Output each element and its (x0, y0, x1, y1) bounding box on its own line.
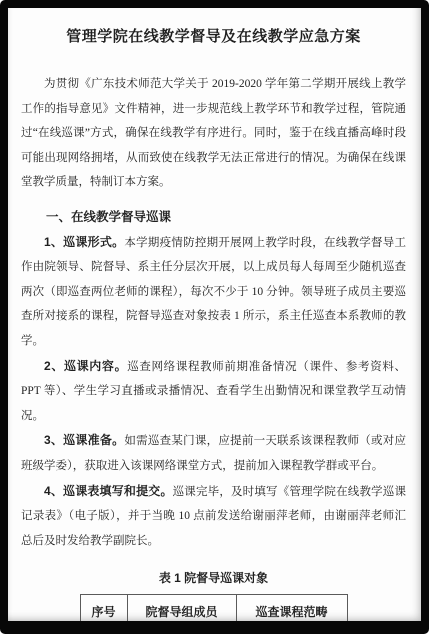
document-page: 管理学院在线教学督导及在线教学应急方案 为贯彻《广东技术师范大学关于 2019-… (8, 8, 421, 621)
item-label: 2、巡课内容。 (44, 359, 127, 373)
table-caption: 表 1 院督导巡课对象 (21, 568, 406, 588)
item-label: 4、巡课表填写和提交。 (44, 484, 173, 498)
item-paragraph-2: 2、巡课内容。巡查网络课程教师前期准备情况（课件、参考资料、PPT 等）、学生学… (21, 354, 406, 429)
supervision-table: 序号 院督导组成员 巡查课程范畴 (80, 594, 348, 621)
item-label: 3、巡课准备。 (44, 433, 124, 447)
document-frame: 管理学院在线教学督导及在线教学应急方案 为贯彻《广东技术师范大学关于 2019-… (0, 0, 429, 634)
intro-paragraph: 为贯彻《广东技术师范大学关于 2019-2020 学年第二学期开展线上教学工作的… (21, 72, 406, 195)
table-header-members: 院督导组成员 (127, 595, 236, 621)
item-paragraph-3: 3、巡课准备。如需巡查某门课，应提前一天联系该课程教师（或对应班级学委），获取进… (21, 428, 406, 478)
item-paragraph-4: 4、巡课表填写和提交。巡课完毕，及时填写《管理学院在线教学巡课记录表》（电子版）… (21, 479, 406, 554)
table-header-row: 序号 院督导组成员 巡查课程范畴 (80, 595, 347, 621)
table-header-serial: 序号 (80, 595, 127, 621)
item-paragraph-1: 1、巡课形式。本学期疫情防控期开展网上教学时段，在线教学督导工作由院领导、院督导… (21, 230, 406, 354)
section-heading: 一、在线教学督导巡课 (21, 205, 406, 230)
item-text: 本学期疫情防控期开展网上教学时段，在线教学督导工作由院领导、院督导、系主任分层次… (21, 237, 406, 347)
item-label: 1、巡课形式。 (44, 235, 124, 249)
table-header-scope: 巡查课程范畴 (236, 595, 347, 621)
document-title: 管理学院在线教学督导及在线教学应急方案 (21, 26, 406, 48)
